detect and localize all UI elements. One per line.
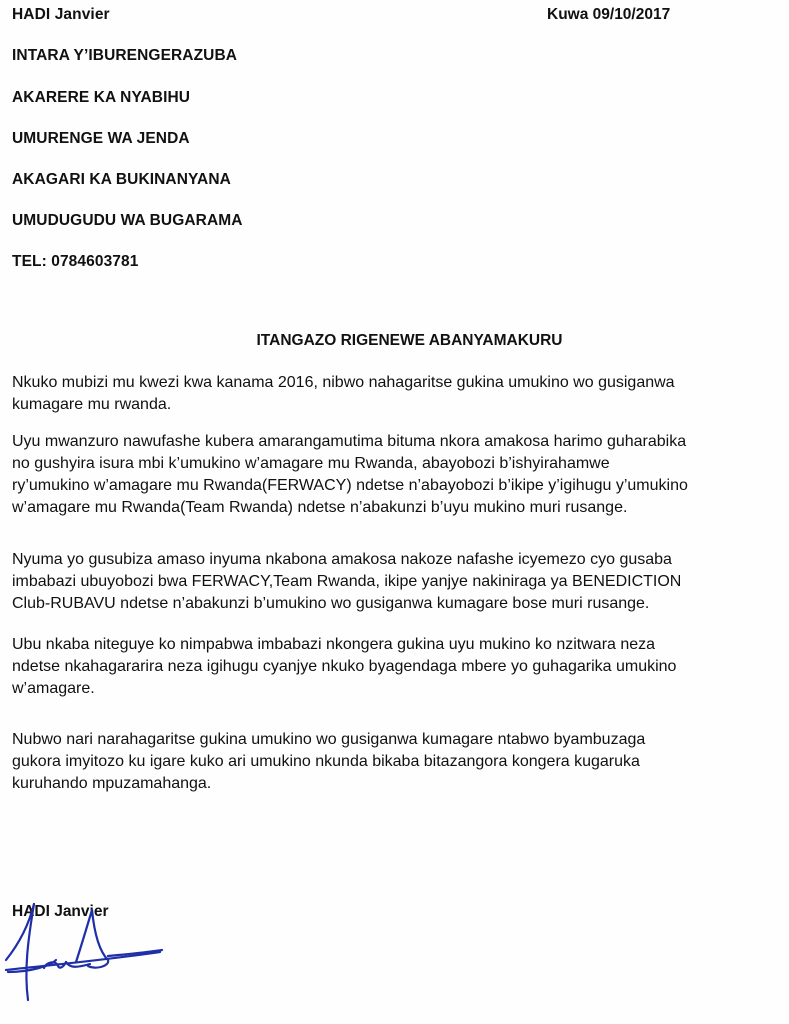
paragraph-line: Nyuma yo gusubiza amaso inyuma nkabona a…	[12, 549, 787, 571]
paragraph-5: Nubwo nari narahagaritse gukina umukino …	[12, 729, 787, 795]
paragraph-line: w’amagare mu Rwanda(Team Rwanda) ndetse …	[12, 497, 787, 519]
address-district: AKARERE KA NYABIHU	[12, 89, 190, 107]
paragraph-line: w’amagare.	[12, 678, 787, 700]
paragraph-line: gukora imyitozo ku igare kuko ari umukin…	[12, 751, 787, 773]
paragraph-1: Nkuko mubizi mu kwezi kwa kanama 2016, n…	[12, 372, 787, 416]
paragraph-line: kuruhando mpuzamahanga.	[12, 773, 787, 795]
paragraph-4: Ubu nkaba niteguye ko nimpabwa imbabazi …	[12, 634, 787, 700]
paragraph-line: ry’umukino w’amagare mu Rwanda(FERWACY) …	[12, 475, 787, 497]
paragraph-line: Nubwo nari narahagaritse gukina umukino …	[12, 729, 787, 751]
handwritten-signature-icon	[0, 900, 200, 1024]
paragraph-line: Nkuko mubizi mu kwezi kwa kanama 2016, n…	[12, 372, 787, 394]
sender-name: HADI Janvier	[12, 6, 110, 24]
address-cell: AKAGARI KA BUKINANYANA	[12, 171, 231, 189]
letter-page: HADI Janvier Kuwa 09/10/2017 INTARA Y’IB…	[0, 0, 789, 1024]
paragraph-line: Ubu nkaba niteguye ko nimpabwa imbabazi …	[12, 634, 787, 656]
paragraph-line: Club-RUBAVU ndetse n’abakunzi b’umukino …	[12, 593, 787, 615]
letter-date: Kuwa 09/10/2017	[547, 6, 670, 24]
address-sector: UMURENGE WA JENDA	[12, 130, 190, 148]
paragraph-line: no gushyira isura mbi k’umukino w’amagar…	[12, 453, 787, 475]
paragraph-line: imbabazi ubuyobozi bwa FERWACY,Team Rwan…	[12, 571, 787, 593]
paragraph-line: ndetse nkahagararira neza igihugu cyanjy…	[12, 656, 787, 678]
paragraph-line: Uyu mwanzuro nawufashe kubera amarangamu…	[12, 431, 787, 453]
address-province: INTARA Y’IBURENGERAZUBA	[12, 47, 237, 65]
paragraph-3: Nyuma yo gusubiza amaso inyuma nkabona a…	[12, 549, 787, 615]
paragraph-2: Uyu mwanzuro nawufashe kubera amarangamu…	[12, 431, 787, 519]
paragraph-line: kumagare mu rwanda.	[12, 394, 787, 416]
document-title: ITANGAZO RIGENEWE ABANYAMAKURU	[0, 332, 789, 350]
address-village: UMUDUGUDU WA BUGARAMA	[12, 212, 243, 230]
address-phone: TEL: 0784603781	[12, 253, 138, 271]
